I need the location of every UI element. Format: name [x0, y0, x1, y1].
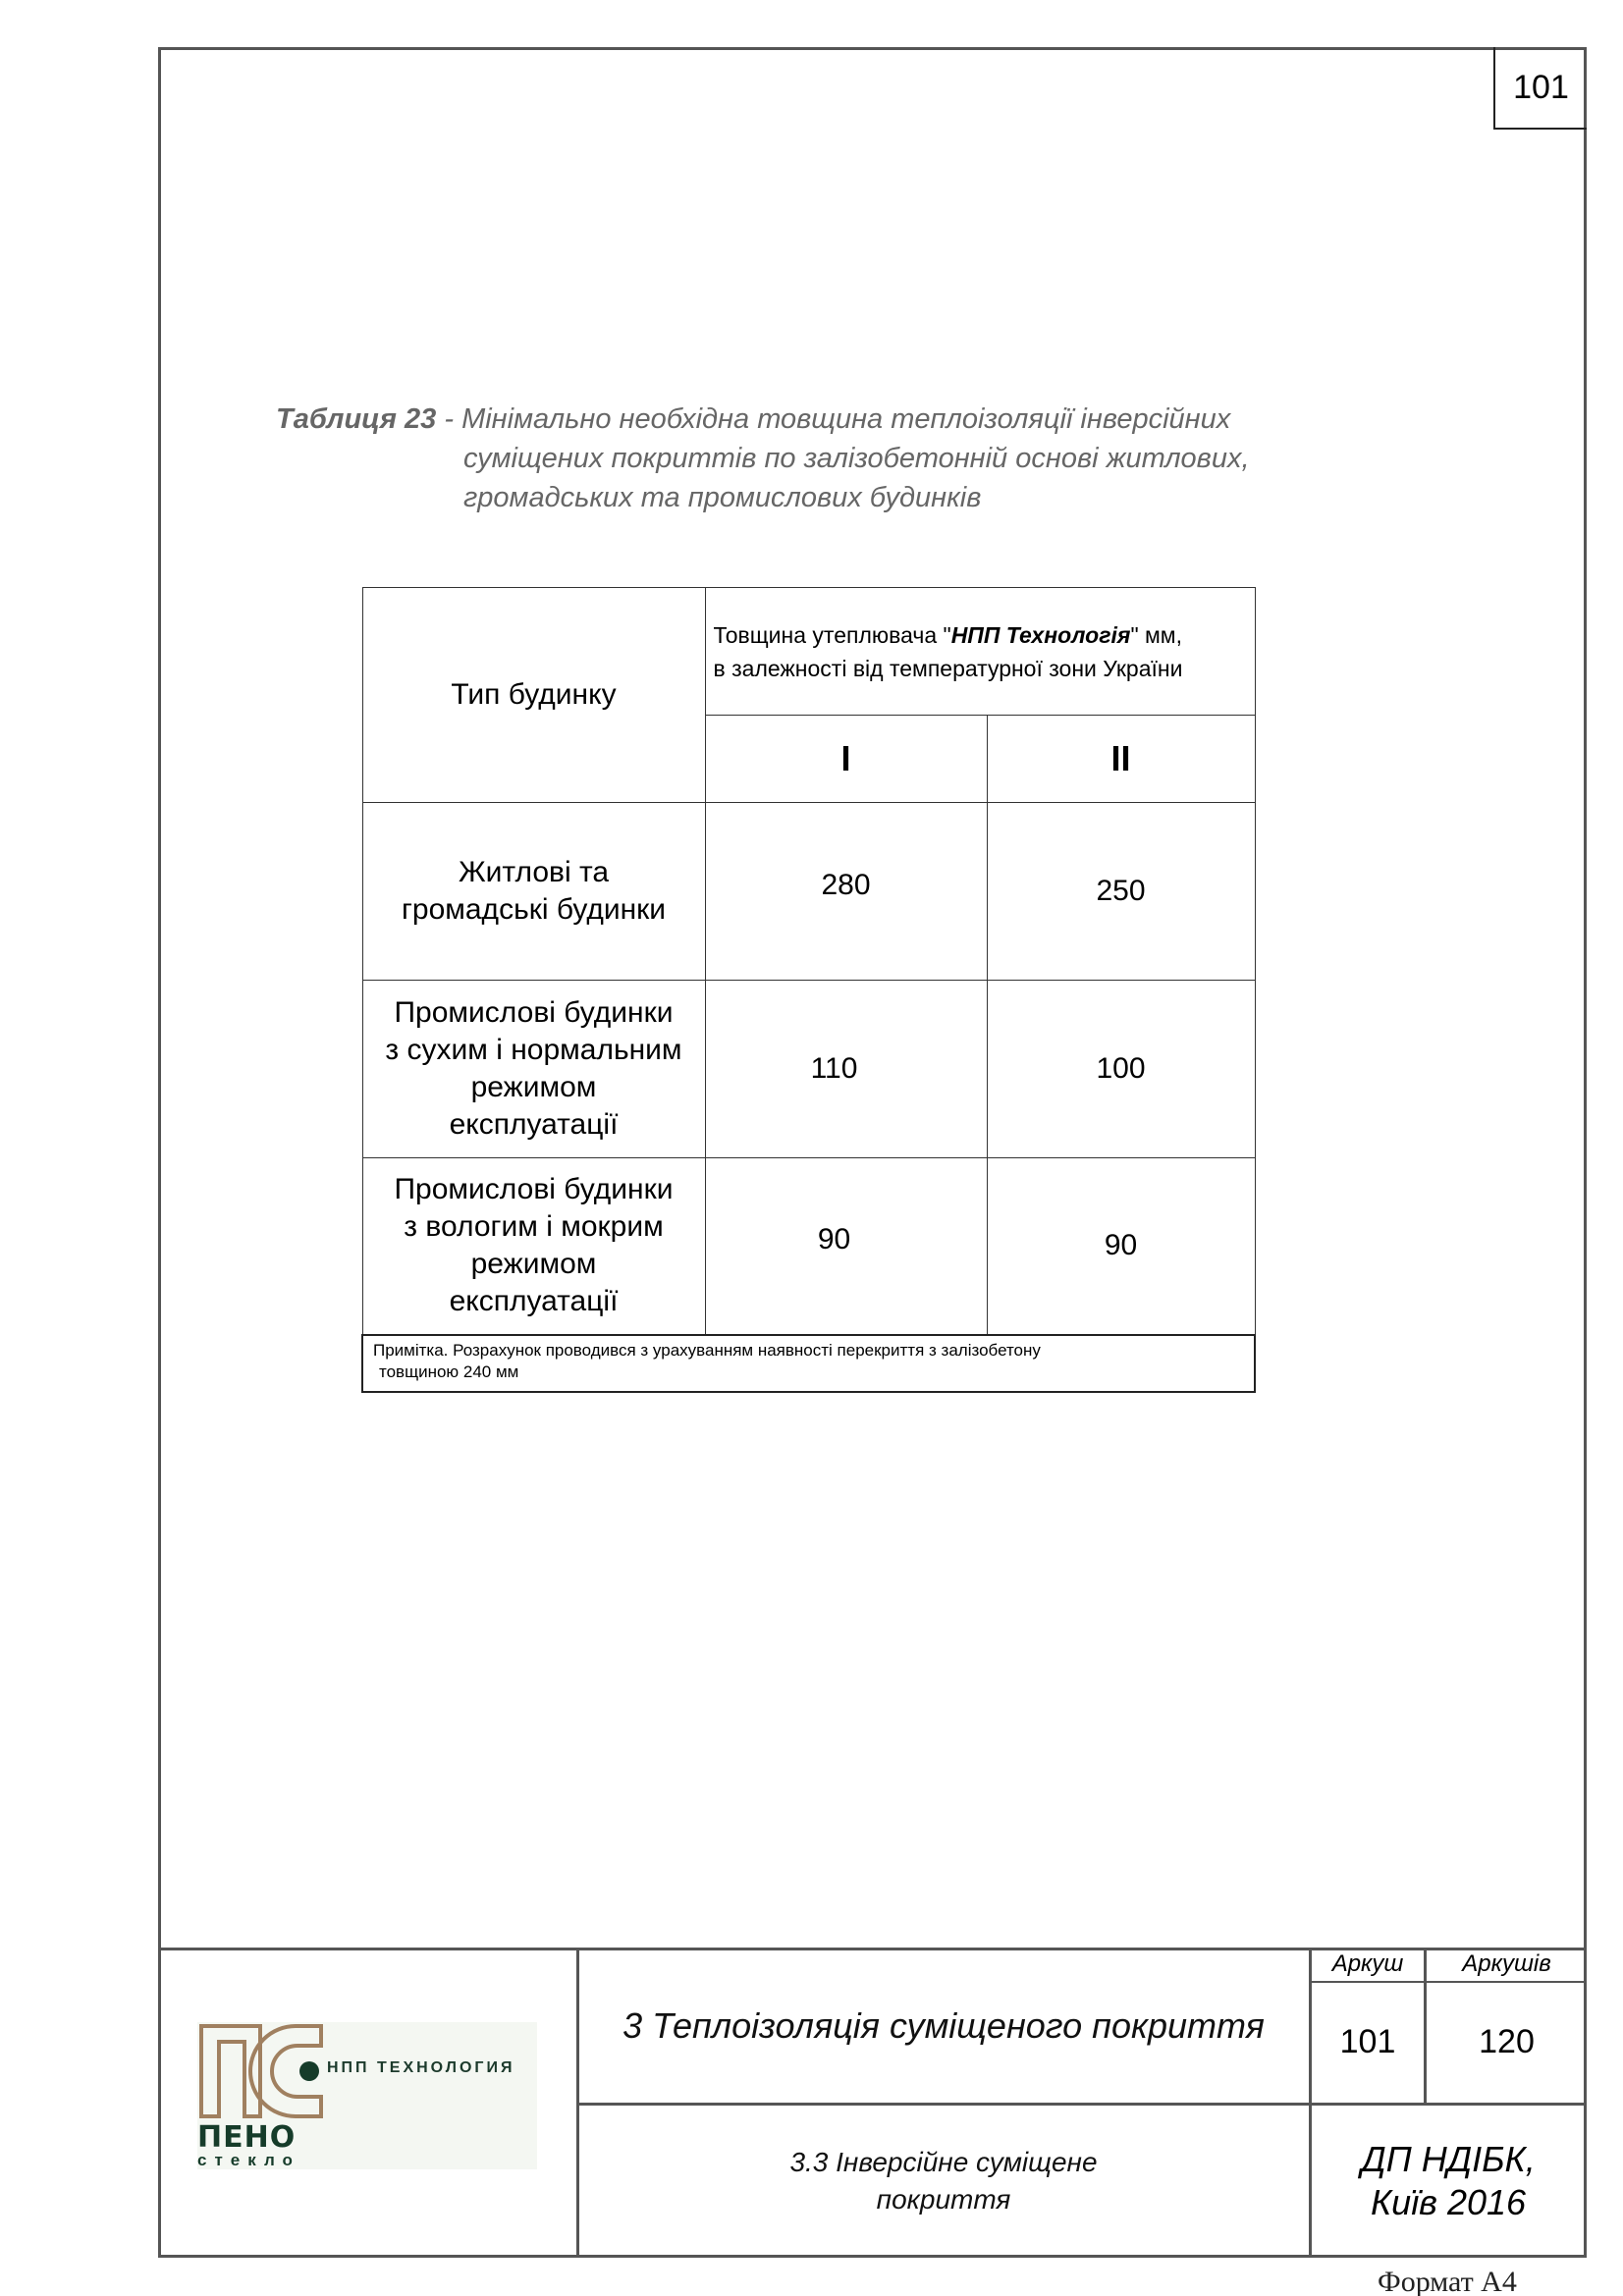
table-row: Промислові будинки з вологим і мокрим ре…	[362, 1158, 1255, 1335]
table-row: Житлові та громадські будинки 280 250	[362, 803, 1255, 981]
page-number: 101	[1493, 47, 1587, 130]
table-note: Примітка. Розрахунок проводився з урахув…	[362, 1335, 1255, 1392]
title-block: НПП ТЕХНОЛОГИЯ ПЕНО стекло 3 Теплоізоляц…	[158, 1948, 1587, 2258]
sheet-value: 101	[1312, 1981, 1424, 2104]
caption-text-3: громадських та промислових будинків	[276, 478, 1405, 517]
caption-label: Таблиця 23	[276, 403, 436, 435]
header-thickness-description: Товщина утеплювача "НПП Технологія" мм, …	[705, 588, 1255, 716]
brand-top: ПЕНО	[197, 2124, 296, 2152]
building-type-cell: Промислові будинки з сухим і нормальним …	[362, 981, 705, 1158]
company-name: НПП ТЕХНОЛОГИЯ	[327, 2059, 514, 2077]
zone-II-value: 100	[987, 981, 1255, 1158]
zone-I-value: 110	[705, 981, 987, 1158]
company-logo: НПП ТЕХНОЛОГИЯ ПЕНО стекло	[197, 2022, 537, 2169]
table-row: Промислові будинки з сухим і нормальним …	[362, 981, 1255, 1158]
building-type-cell: Житлові та громадські будинки	[362, 803, 705, 981]
zone-II-header: II	[987, 716, 1255, 803]
table-caption: Таблиця 23 - Мінімально необхідна товщин…	[276, 400, 1405, 517]
caption-separator: -	[436, 403, 461, 435]
caption-text-2: суміщених покриттів по залізобетонній ос…	[276, 439, 1405, 478]
header-building-type: Тип будинку	[362, 588, 705, 803]
subsection-title: 3.3 Інверсійне суміщене покриття	[580, 2104, 1307, 2258]
section-title: 3 Теплоізоляція суміщеного покриття	[580, 1948, 1307, 2104]
table-header-row: Тип будинку Товщина утеплювача "НПП Техн…	[362, 588, 1255, 716]
zone-I-value: 90	[705, 1158, 987, 1335]
sheets-total-value: 120	[1427, 1981, 1587, 2104]
table-note-row: Примітка. Розрахунок проводився з урахув…	[362, 1335, 1255, 1392]
caption-line-1: Таблиця 23 - Мінімально необхідна товщин…	[276, 400, 1405, 439]
paper-format-label: Формат А4	[1378, 2266, 1517, 2296]
zone-I-header: I	[705, 716, 987, 803]
ps-logo-mark-icon	[197, 2022, 325, 2120]
zone-II-value: 90	[987, 1158, 1255, 1335]
brand-bottom: стекло	[197, 2152, 300, 2169]
building-type-cell: Промислові будинки з вологим і мокрим ре…	[362, 1158, 705, 1335]
zone-I-value: 280	[705, 803, 987, 981]
organization: ДП НДІБК, Київ 2016	[1310, 2104, 1587, 2258]
sheet-label: Аркуш	[1312, 1948, 1424, 1981]
insulation-thickness-table: Тип будинку Товщина утеплювача "НПП Техн…	[361, 587, 1256, 1393]
sheets-total-label: Аркушів	[1427, 1948, 1587, 1981]
brand-name: НПП Технологія	[951, 622, 1131, 648]
caption-text-1: Мінімально необхідна товщина теплоізоляц…	[461, 403, 1230, 435]
zone-II-value: 250	[987, 803, 1255, 981]
